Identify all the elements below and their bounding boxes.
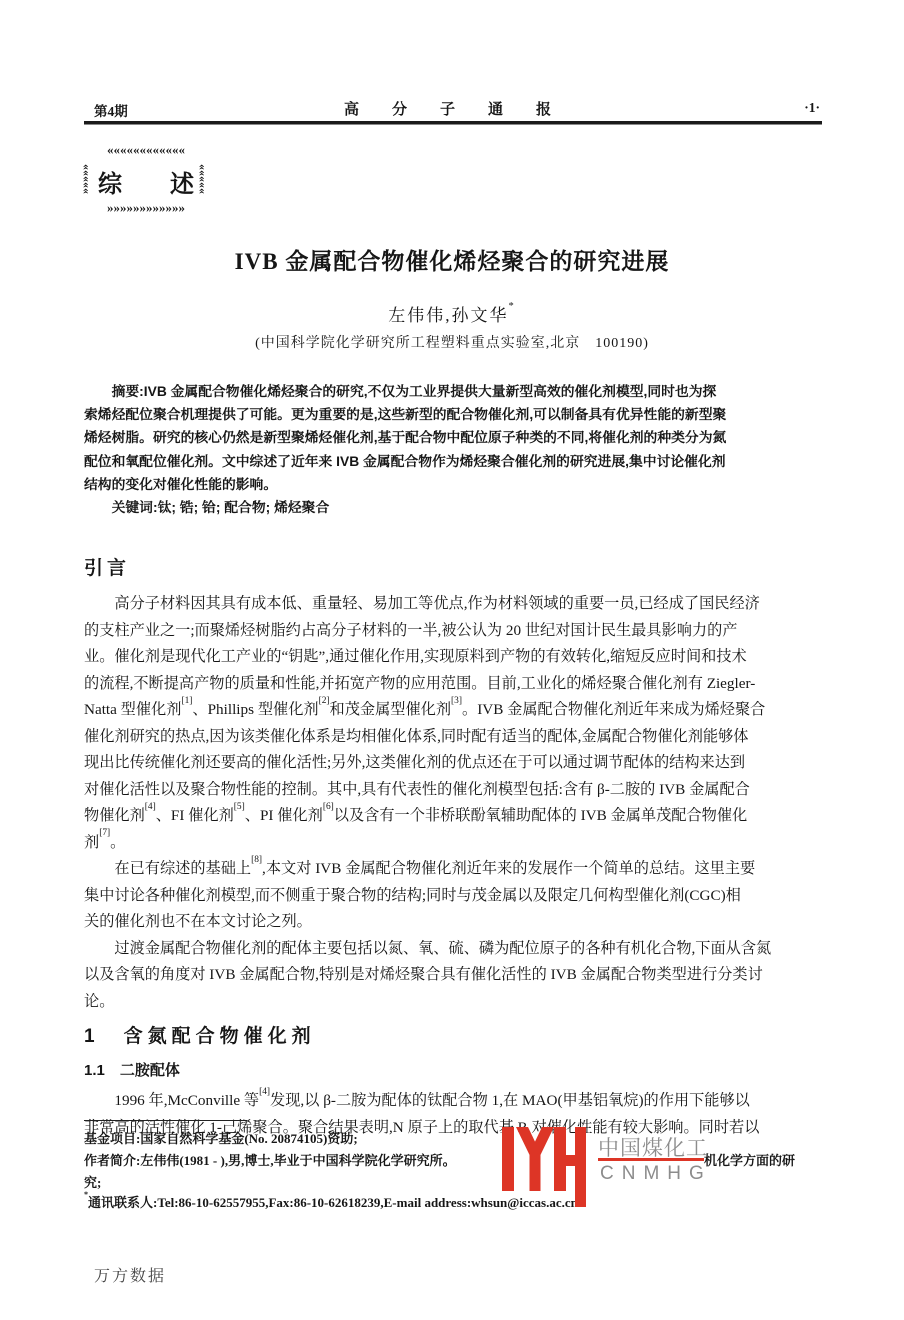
- body-paragraph-3: 过渡金属配合物催化剂的配体主要包括以氮、氧、硫、磷为配位原子的各种有机化合物,下…: [84, 936, 830, 1016]
- abstract-block: 摘要:IVB 金属配合物催化烯烃聚合的研究,不仅为工业界提供大量新型高效的催化剂…: [84, 380, 826, 519]
- body-paragraph-1: 高分子材料因其具有成本低、重量轻、易加工等优点,作为材料领域的重要一员,已经成了…: [84, 591, 830, 856]
- body-column: 高分子材料因其具有成本低、重量轻、易加工等优点,作为材料领域的重要一员,已经成了…: [84, 591, 830, 1141]
- watermark-underline: [598, 1158, 704, 1161]
- affiliation-line: (中国科学院化学研究所工程塑料重点实验室,北京 100190): [0, 332, 904, 352]
- section-1-1-heading: 1.1 二胺配体: [84, 1058, 830, 1085]
- header-rule: [84, 121, 822, 125]
- journal-page: 第4期 高 分 子 通 报 ·1· «««««««««««« »»»»»»»»»…: [0, 0, 904, 1320]
- stamp-border-top: ««««««««««««: [92, 145, 200, 155]
- watermark: 中国煤化工 CNMHG: [500, 1122, 830, 1214]
- footnote-author-bio: 作者简介:左伟伟(1981 - ),男,博士,毕业于中国科学院化学研究所。: [84, 1150, 456, 1169]
- wanfang-data-mark: 万方数据: [94, 1263, 166, 1286]
- footnote-author-bio-cont: 究;: [84, 1172, 101, 1191]
- authors-line: 左伟伟,孙文华*: [0, 301, 904, 326]
- journal-title: 高 分 子 通 报: [0, 98, 904, 119]
- footnote-divider: [84, 1120, 247, 1121]
- stamp-border-bottom: »»»»»»»»»»»»: [92, 203, 200, 213]
- footnote-funding: 基金项目:国家自然科学基金(No. 20874105)资助;: [84, 1128, 358, 1147]
- page-number: ·1·: [804, 100, 820, 116]
- review-stamp-label: 综 述: [84, 164, 208, 199]
- intro-heading: 引言: [84, 553, 130, 580]
- cnmhg-logo-icon: [502, 1127, 586, 1207]
- body-paragraph-2: 在已有综述的基础上[8],本文对 IVB 金属配合物催化剂近年来的发展作一个简单…: [84, 856, 830, 936]
- watermark-en-text: CNMHG: [600, 1163, 712, 1185]
- review-stamp: «««««««««««« »»»»»»»»»»»» ««««« ««««« 综 …: [84, 146, 208, 212]
- section-1-heading: 1 含氮配合物催化剂: [84, 1024, 830, 1051]
- article-title: IVB 金属配合物催化烯烃聚合的研究进展: [0, 243, 904, 276]
